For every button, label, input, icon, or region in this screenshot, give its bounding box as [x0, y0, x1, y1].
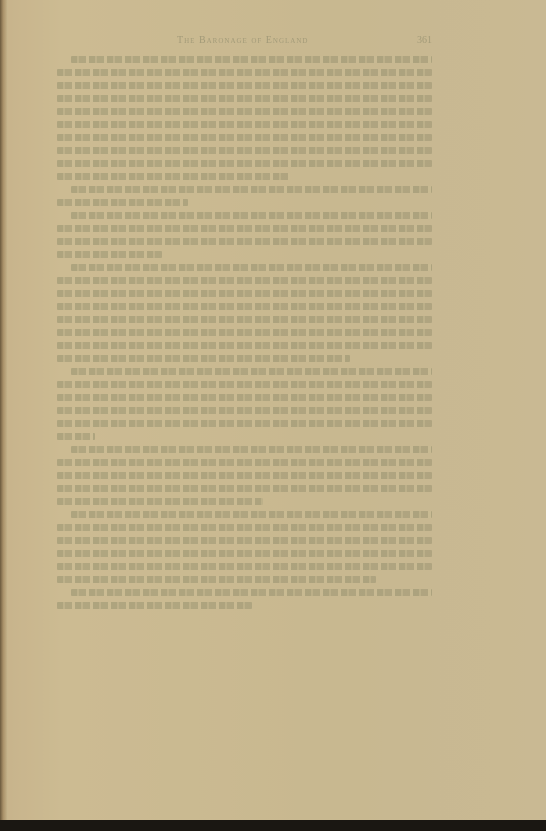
running-head: The Baronage of England 361	[57, 35, 432, 49]
text-line	[57, 547, 432, 560]
text-line	[57, 456, 432, 469]
text-block: The Baronage of England 361	[57, 35, 432, 612]
text-line	[57, 235, 432, 248]
text-line	[57, 248, 432, 261]
text-line	[57, 183, 432, 196]
text-line	[57, 261, 432, 274]
text-line	[57, 339, 432, 352]
text-line	[57, 53, 432, 66]
text-line	[57, 404, 432, 417]
body-text	[57, 53, 432, 612]
text-line	[57, 586, 432, 599]
paragraph	[57, 261, 432, 365]
text-line	[57, 573, 432, 586]
paragraph	[57, 209, 432, 261]
text-line	[57, 209, 432, 222]
text-line	[57, 417, 432, 430]
text-line	[57, 482, 432, 495]
book-page: The Baronage of England 361	[8, 0, 546, 820]
text-line	[57, 92, 432, 105]
text-line	[57, 378, 432, 391]
paragraph	[57, 443, 432, 508]
paragraph	[57, 183, 432, 209]
running-head-title: The Baronage of England	[177, 35, 308, 46]
text-line	[57, 222, 432, 235]
text-line	[57, 313, 432, 326]
paragraph	[57, 508, 432, 586]
scan-bottom-edge	[0, 820, 546, 831]
text-line	[57, 534, 432, 547]
text-line	[57, 352, 432, 365]
text-line	[57, 469, 432, 482]
text-line	[57, 560, 432, 573]
text-line	[57, 521, 432, 534]
text-line	[57, 365, 432, 378]
text-line	[57, 599, 432, 612]
text-line	[57, 326, 432, 339]
text-line	[57, 391, 432, 404]
text-line	[57, 79, 432, 92]
text-line	[57, 118, 432, 131]
text-line	[57, 274, 432, 287]
page-number: 361	[417, 35, 432, 46]
text-line	[57, 508, 432, 521]
text-line	[57, 430, 432, 443]
text-line	[57, 131, 432, 144]
text-line	[57, 495, 432, 508]
text-line	[57, 144, 432, 157]
text-line	[57, 287, 432, 300]
text-line	[57, 157, 432, 170]
book-binding-edge	[0, 0, 8, 820]
text-line	[57, 105, 432, 118]
paragraph	[57, 586, 432, 612]
text-line	[57, 196, 432, 209]
text-line	[57, 170, 432, 183]
paragraph	[57, 365, 432, 443]
text-line	[57, 443, 432, 456]
text-line	[57, 66, 432, 79]
paragraph	[57, 53, 432, 183]
text-line	[57, 300, 432, 313]
